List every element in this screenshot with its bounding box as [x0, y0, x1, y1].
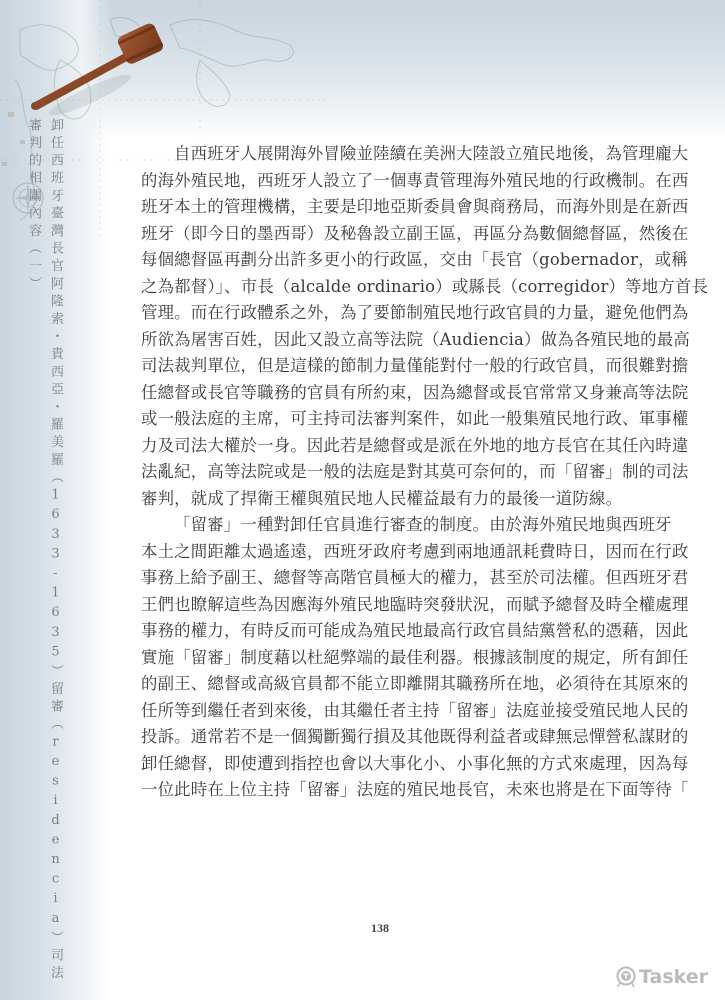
text-line: 班牙本土的管理機構，主要是印地亞斯委員會與商務局，而海外則是在新西 — [141, 194, 686, 221]
text-line: 審判，就成了捍衛王權與殖民地人民權益最有力的最後一道防線。 — [141, 486, 686, 513]
text-line: 卸任總督，即使遭到指控也會以大事化小、小事化無的方式來處理，因為每 — [141, 751, 686, 778]
text-line: 所欲為屠害百姓，因此又設立高等法院（Audiencia）做為各殖民地的最高 — [141, 327, 686, 354]
gavel-icon — [25, 15, 165, 115]
text-line: 的副王、總督或高級官員都不能立即離開其職務所在地，必須待在其原來的 — [141, 671, 686, 698]
text-line: 的海外殖民地，西班牙人設立了一個專責管理海外殖民地的行政機制。在西 — [141, 168, 686, 195]
watermark: Tasker — [615, 966, 708, 988]
text-line: 事務上給予副王、總督等高階官員極大的權力，甚至於司法權。但西班牙君 — [141, 565, 686, 592]
paragraph-2: 「留審」一種對卸任官員進行審查的制度。由於海外殖民地與西班牙 本土之間距離太過遙… — [141, 512, 686, 804]
text-line: 班牙（即今日的墨西哥）及秘魯設立副王區，再區分為數個總督區，然後在 — [141, 221, 686, 248]
text-line: 司法裁判單位，但是這樣的節制力量僅能對付一般的行政官員，而很難對擔 — [141, 353, 686, 380]
text-line: 實施「留審」制度藉以杜絕弊端的最佳利器。根據該制度的規定，所有卸任 — [141, 645, 686, 672]
text-line: 王們也瞭解這些為因應海外殖民地臨時突發狀況，而賦予總督及時全權處理 — [141, 592, 686, 619]
text-line: 事務的權力，有時反而可能成為殖民地最高行政官員結黨營私的憑藉，因此 — [141, 618, 686, 645]
running-title: 卸任西班牙臺灣長官阿隆索・貴西亞・羅美羅（1633-1635）留審（reside… — [44, 118, 66, 1000]
text-line: 自西班牙人展開海外冒險並陸續在美洲大陸設立殖民地後，為管理龐大 — [141, 141, 686, 168]
page-number: 138 — [371, 921, 389, 936]
text-line: 一位此時在上位主持「留審」法庭的殖民地長官，未來也將是在下面等待「 — [141, 777, 686, 804]
body-text: 自西班牙人展開海外冒險並陸續在美洲大陸設立殖民地後，為管理龐大 的海外殖民地，西… — [141, 141, 686, 804]
text-line: 法亂紀，高等法院或是一般的法庭是對其莫可奈何的，而「留審」制的司法 — [141, 459, 686, 486]
text-line: 任所等到繼任者到來後，由其繼任者主持「留審」法庭並接受殖民地人民的 — [141, 698, 686, 725]
text-line: 每個總督區再劃分出許多更小的行政區，交由「長官（gobernador，或稱 — [141, 247, 686, 274]
watermark-text: Tasker — [639, 966, 708, 988]
text-line: 「留審」一種對卸任官員進行審查的制度。由於海外殖民地與西班牙 — [141, 512, 686, 539]
text-line: 任總督或長官等職務的官員有所約束，因為總督或長官常常又身兼高等法院 — [141, 380, 686, 407]
document-page: 卸任西班牙臺灣長官阿隆索・貴西亞・羅美羅（1633-1635）留審（reside… — [0, 0, 725, 1000]
paragraph-1: 自西班牙人展開海外冒險並陸續在美洲大陸設立殖民地後，為管理龐大 的海外殖民地，西… — [141, 141, 686, 512]
text-line: 之為都督）」、市長（alcalde ordinario）或縣長（corregid… — [141, 274, 686, 301]
tasker-logo-icon — [615, 966, 637, 988]
text-line: 本土之間距離太過遙遠，西班牙政府考慮到兩地通訊耗費時日，因而在行政 — [141, 539, 686, 566]
text-line: 投訴。通常若不是一個獨斷獨行損及其他既得利益者或肆無忌憚營私謀財的 — [141, 724, 686, 751]
text-line: 或一般法庭的主席，可主持司法審判案件，如此一般集殖民地行政、軍事權 — [141, 406, 686, 433]
text-line: 管理。而在行政體系之外，為了要節制殖民地行政官員的力量，避免他們為 — [141, 300, 686, 327]
text-line: 力及司法大權於一身。因此若是總督或是派在外地的地方長官在其任內時違 — [141, 433, 686, 460]
